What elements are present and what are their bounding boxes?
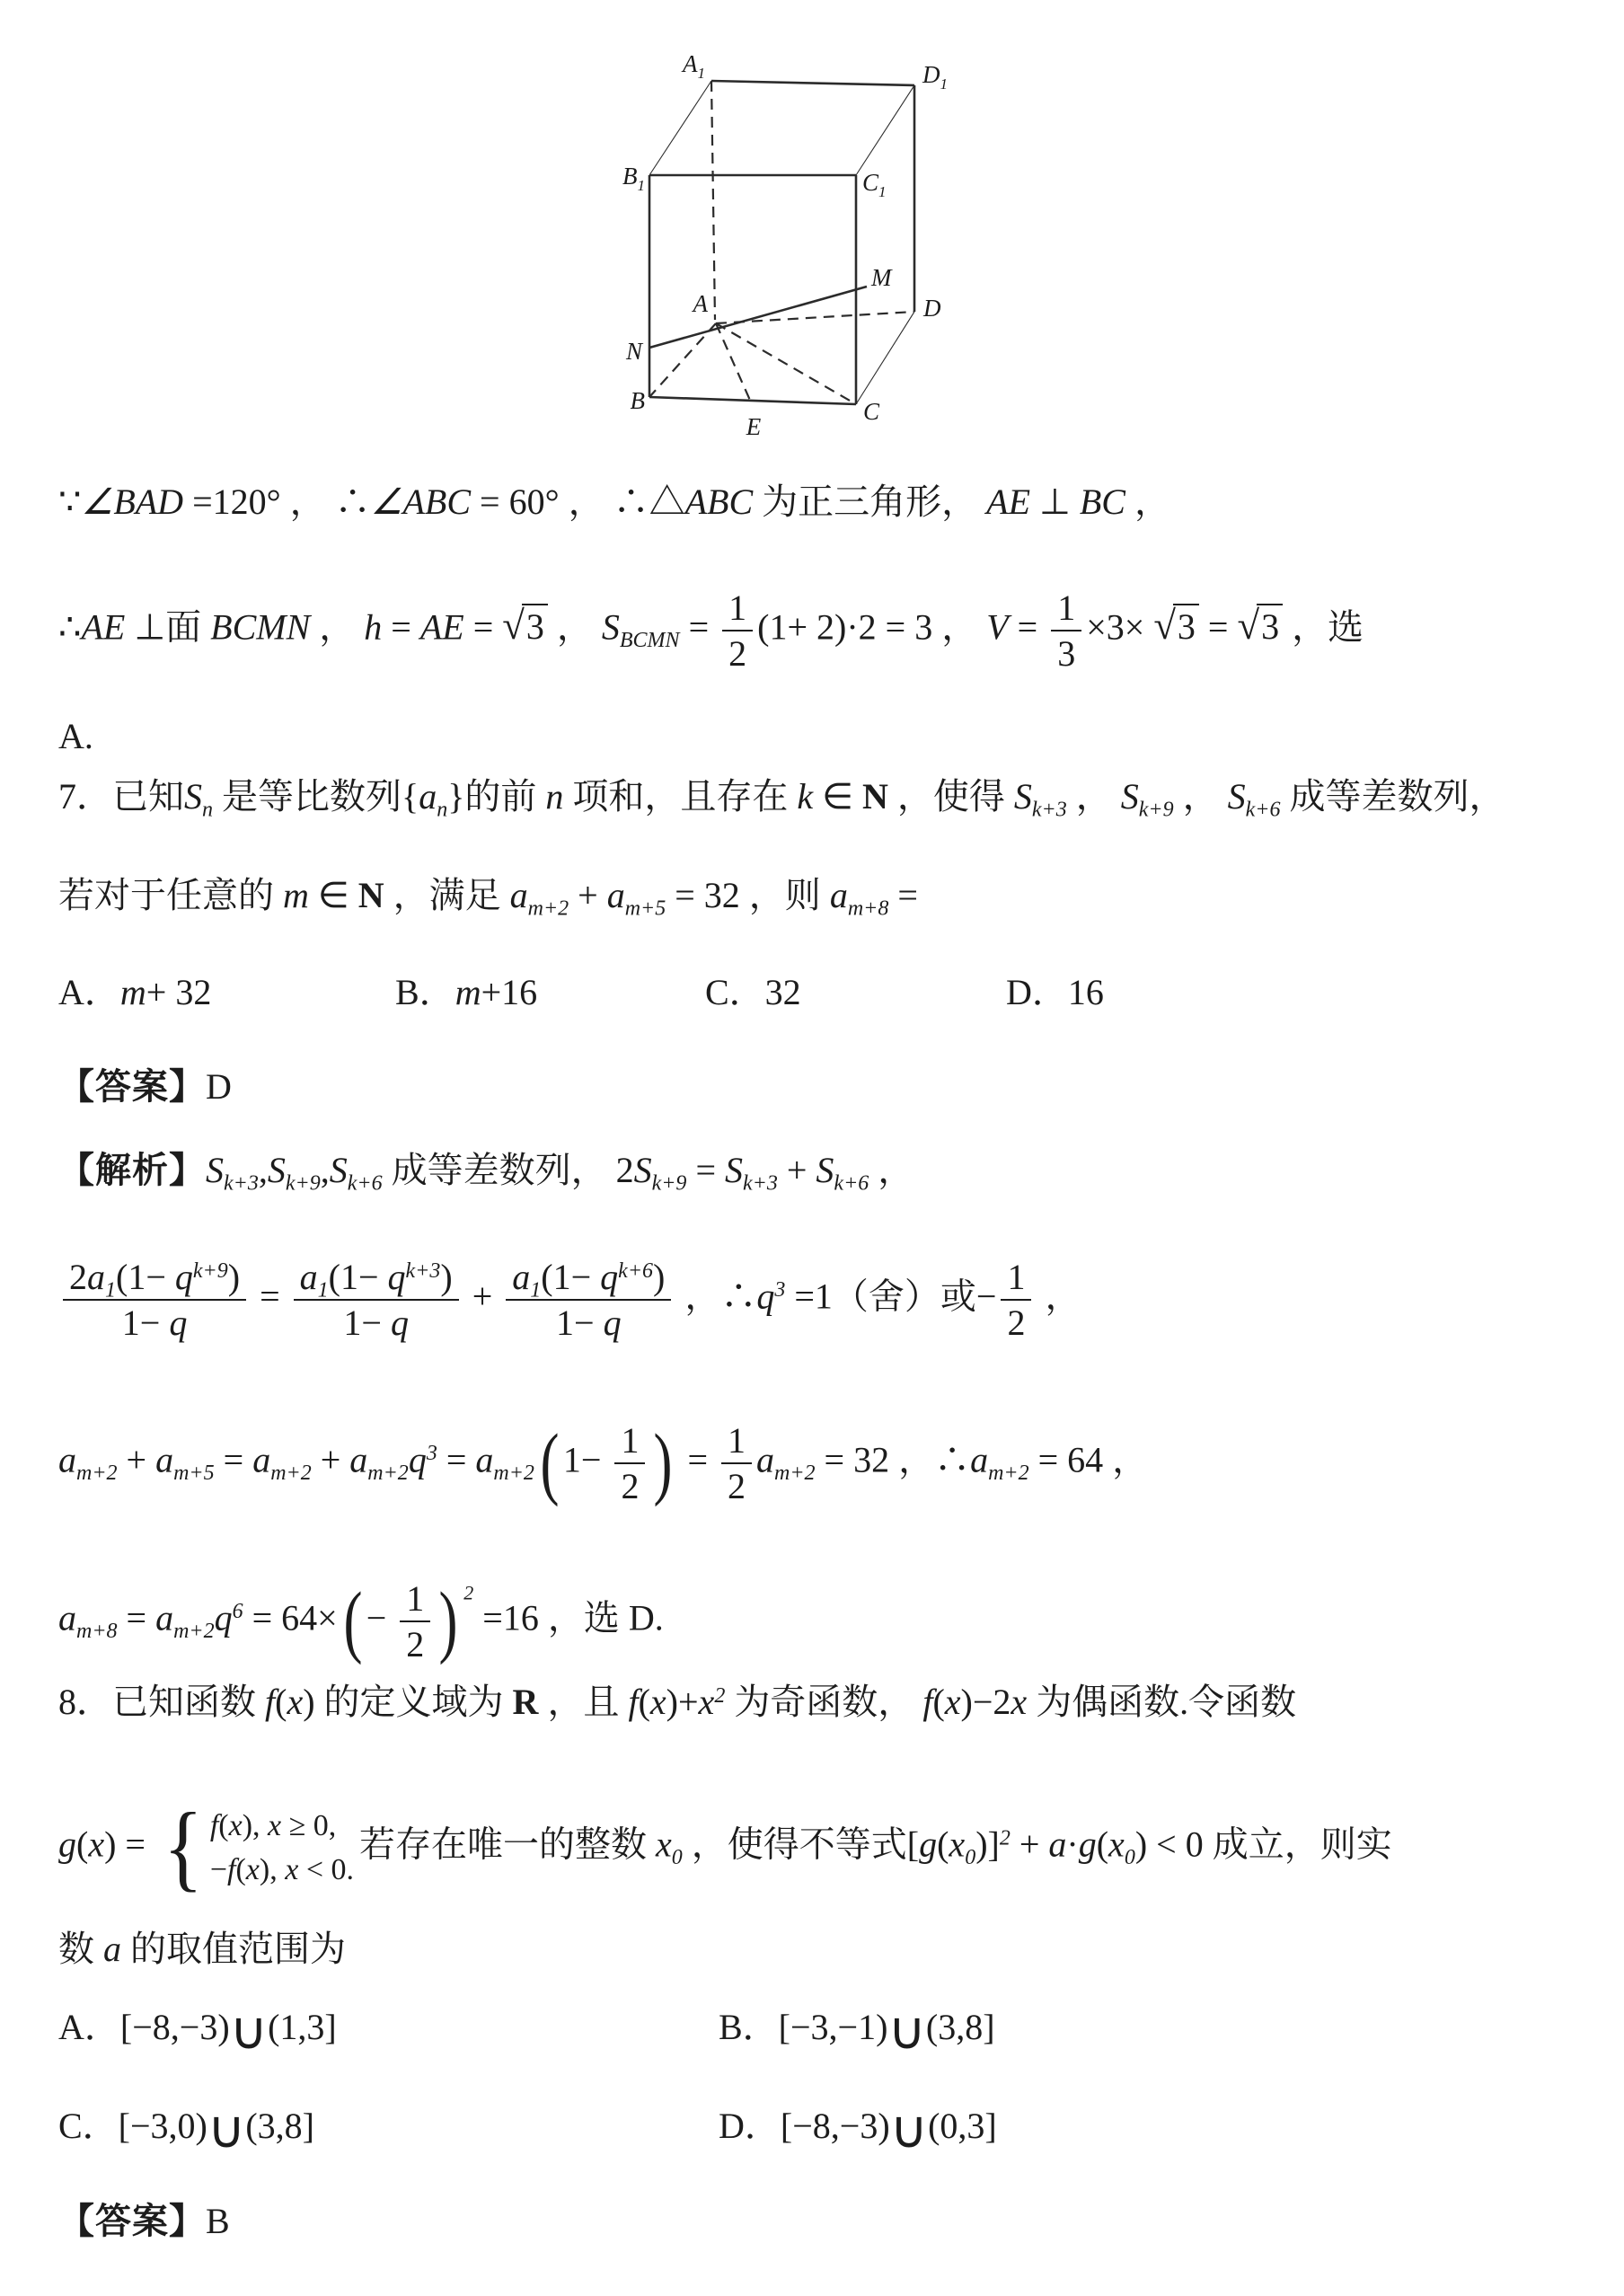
vertex-label-b1: B1 xyxy=(622,163,645,194)
vertex-label-d1: D1 xyxy=(922,61,948,93)
cube-figure: A1 D1 B1 C1 M D A N B E C xyxy=(566,20,1033,469)
vertex-label-e: E xyxy=(746,413,762,440)
question7-analysis: 【解析】Sk+3,Sk+9,Sk+6 成等差数列， 2Sk+9 = Sk+3 +… xyxy=(58,1148,913,1193)
vertex-label-n: N xyxy=(625,338,644,365)
vertex-label-c1: C1 xyxy=(862,169,887,200)
question8-option-a: A．[−8,−3)∪(1,3] xyxy=(58,2005,337,2050)
question7-option-b: B．m+16 xyxy=(395,970,537,1015)
solution6-line1: ∵∠BAD =120° ， ∴∠ABC = 60° ， ∴△ABC 为正三角形，… xyxy=(58,480,1170,525)
question8-option-c: C．[−3,0)∪(3,8] xyxy=(58,2104,314,2149)
solution6-answer: A. xyxy=(58,714,93,759)
vertex-label-b: B xyxy=(631,387,646,414)
vertex-label-c: C xyxy=(863,398,880,425)
question7-line2: 若对于任意的 m ∈ N ，满足 am+2 + am+5 = 32 ，则 am+… xyxy=(58,873,918,918)
question8-line3: 数 a 的取值范围为 xyxy=(58,1927,346,1972)
vertex-label-a1: A1 xyxy=(681,50,705,82)
analysis-equation-3: am+8 = am+2q6 = 64×(− 12)2 =16 ，选 D. xyxy=(58,1579,664,1664)
question8-option-d: D．[−8,−3)∪(0,3] xyxy=(719,2104,997,2149)
cube-edges xyxy=(649,81,914,404)
question7-answer: 【答案】D xyxy=(58,1064,232,1109)
question8-option-b: B．[−3,−1)∪(3,8] xyxy=(719,2005,995,2050)
question7-option-c: C．32 xyxy=(705,970,801,1015)
question7-option-d: D．16 xyxy=(1006,970,1104,1015)
analysis-equation-2: am+2 + am+5 = am+2 + am+2q3 = am+2(1− 12… xyxy=(58,1421,1148,1506)
vertex-label-m: M xyxy=(870,264,893,291)
question8-line2: g(x) = {f(x), x ≥ 0,−f(x), x < 0.若存在唯一的整… xyxy=(58,1804,1392,1893)
analysis-equation-1: 2a1(1− qk+9)1− q = a1(1− qk+3)1− q + a1(… xyxy=(58,1258,1081,1342)
document-page: A1 D1 B1 C1 M D A N B E C ∵∠BAD =120° ， … xyxy=(0,0,1624,2296)
question7-option-a: A．m+ 32 xyxy=(58,970,211,1015)
solution6-line2: ∴AE ⊥面 BCMN ， h = AE = √3 ， SBCMN = 12(1… xyxy=(58,588,1364,673)
question8-line1: 8．已知函数 f(x) 的定义域为 R ，且 f(x)+x2 为奇函数， f(x… xyxy=(58,1680,1296,1725)
question7-line1: 7．已知Sn 是等比数列{an}的前 n 项和，且存在 k ∈ N ，使得 Sk… xyxy=(58,774,1505,819)
vertex-label-a: A xyxy=(692,290,709,317)
question8-answer: 【答案】B xyxy=(58,2199,230,2244)
vertex-label-d: D xyxy=(922,295,941,322)
